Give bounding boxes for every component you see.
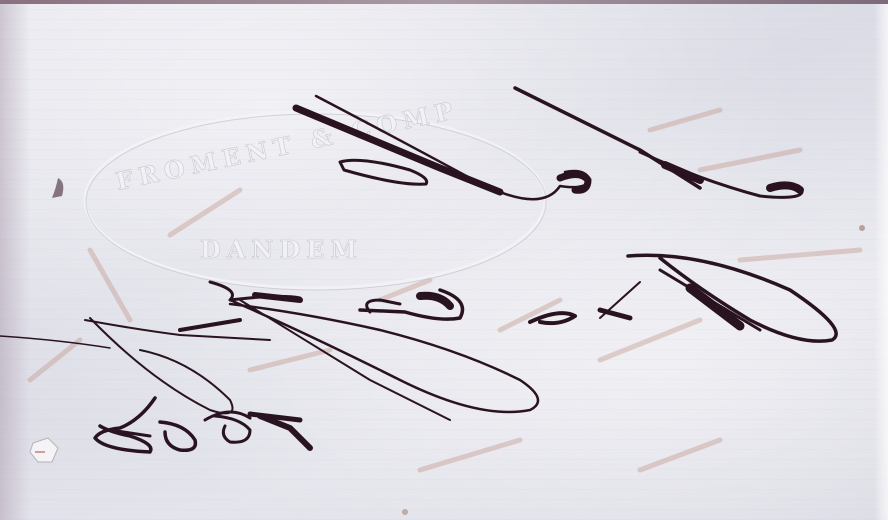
- document-paper: FROMENT & COMP DANDEM: [0, 0, 888, 520]
- paper-tears: [0, 0, 888, 520]
